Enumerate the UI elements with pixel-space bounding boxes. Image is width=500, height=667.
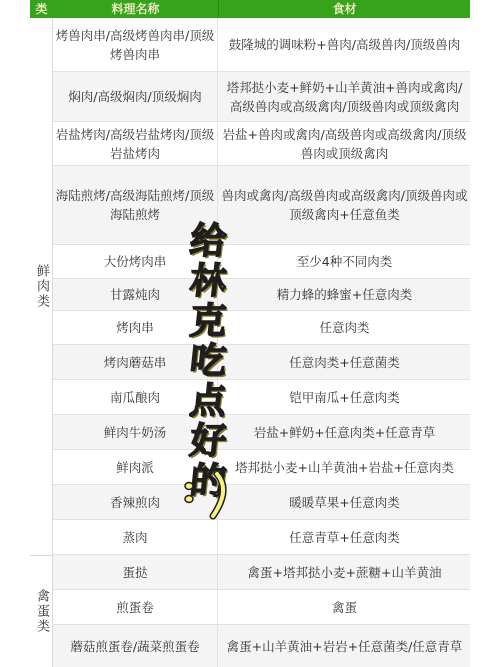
table-row: 烤肉蘑菇串 任意肉类+任意菌类: [53, 345, 470, 380]
table-row: 鲜肉牛奶汤 岩盐+鲜奶+任意肉类+任意青草: [53, 415, 470, 450]
table-row: 烤兽肉串/高级烤兽肉串/顶级烤兽肉串 鼓隆城的调味粉+兽肉/高级兽肉/顶级兽肉: [53, 18, 470, 72]
dish-ingredients: 任意肉类+任意菌类: [219, 345, 470, 379]
dish-name: 蘑菇煎蛋卷/蔬菜煎蛋卷: [53, 625, 218, 667]
table-row: 海陆煎烤/高级海陆煎烤/顶级海陆煎烤 兽肉或禽肉/高级兽肉或高级禽肉/顶级兽肉或…: [53, 166, 470, 245]
table-row: 南瓜酿肉 铠甲南瓜+任意肉类: [53, 380, 470, 415]
table-row: 岩盐烤肉/高级岩盐烤肉/顶级岩盐烤肉 岩盐+兽肉或禽肉/高级兽肉或高级禽肉/顶级…: [53, 122, 470, 166]
table-row: 煎蛋卷 禽蛋: [53, 590, 470, 625]
dish-ingredients: 任意青草+任意肉类: [219, 520, 470, 554]
dish-ingredients: 精力蜂的蜂蜜+任意肉类: [219, 279, 470, 310]
table-row: 焖肉/高级焖肉/顶级焖肉 塔邦挞小麦+鲜奶+山羊黄油+兽肉或禽肉/高级兽肉或高级…: [53, 72, 470, 122]
dish-ingredients: 塔邦挞小麦+鲜奶+山羊黄油+兽肉或禽肉/高级兽肉或高级禽肉/顶级兽肉或顶级禽肉: [219, 72, 470, 121]
dish-name: 煎蛋卷: [53, 590, 218, 624]
table-row: 香辣煎肉 暖暖草果+任意肉类: [53, 485, 470, 520]
overlay-char: 好: [188, 422, 228, 462]
dish-ingredients: 铠甲南瓜+任意肉类: [219, 380, 470, 414]
dish-name: 烤兽肉串/高级烤兽肉串/顶级烤兽肉串: [53, 18, 218, 71]
dish-ingredients: 暖暖草果+任意肉类: [219, 485, 470, 519]
dish-name: 焖肉/高级焖肉/顶级焖肉: [53, 72, 218, 121]
overlay-caption: 给 林 克 吃 点 好 的: [183, 222, 233, 512]
overlay-char: 林: [188, 262, 228, 302]
overlay-char: 给: [188, 222, 228, 262]
table-row: 蒸肉 任意青草+任意肉类: [53, 520, 470, 555]
dish-ingredients: 禽蛋+塔邦挞小麦+蔗糖+山羊黄油: [219, 555, 470, 589]
table-row: 蛋挞 禽蛋+塔邦挞小麦+蔗糖+山羊黄油: [53, 555, 470, 590]
dish-ingredients: 禽蛋: [219, 590, 470, 624]
header-dish-name: 料理名称: [53, 0, 219, 18]
table-row: 鲜肉派 塔邦挞小麦+山羊黄油+岩盐+任意肉类: [53, 450, 470, 485]
dish-ingredients: 至少4种不同肉类: [219, 245, 470, 278]
table-row: 烤肉串 任意肉类: [53, 311, 470, 345]
dish-ingredients: 禽蛋+山羊黄油+岩岩+任意菌类/任意青草: [219, 625, 470, 667]
overlay-char: 点: [188, 382, 228, 422]
dish-ingredients: 兽肉或禽肉/高级兽肉或高级禽肉/顶级兽肉或顶级禽肉+任意鱼类: [219, 166, 470, 244]
table-row: 甘露炖肉 精力蜂的蜂蜜+任意肉类: [53, 279, 470, 311]
smiley-emoticon-icon: [183, 472, 243, 522]
dish-ingredients: 鼓隆城的调味粉+兽肉/高级兽肉/顶级兽肉: [219, 18, 470, 71]
category-poultry-eggs: 禽蛋类: [30, 555, 53, 667]
dish-ingredients: 岩盐+鲜奶+任意肉类+任意青草: [219, 415, 470, 449]
overlay-char: 克: [188, 302, 228, 342]
overlay-char: 吃: [188, 342, 228, 382]
table-row: 大份烤肉串 至少4种不同肉类: [53, 245, 470, 279]
dish-name: 蒸肉: [53, 520, 218, 554]
table-row: 蘑菇煎蛋卷/蔬菜煎蛋卷 禽蛋+山羊黄油+岩岩+任意菌类/任意青草: [53, 625, 470, 667]
dish-ingredients: 任意肉类: [219, 311, 470, 344]
dish-ingredients: 岩盐+兽肉或禽肉/高级兽肉或高级禽肉/顶级兽肉或顶级禽肉: [219, 122, 470, 165]
category-fresh-meat: 鲜肉类: [30, 18, 53, 555]
dish-name: 蛋挞: [53, 555, 218, 589]
header-category: 类: [30, 0, 54, 18]
header-ingredients: 食材: [219, 0, 470, 18]
dish-name: 岩盐烤肉/高级岩盐烤肉/顶级岩盐烤肉: [53, 122, 218, 165]
dish-ingredients: 塔邦挞小麦+山羊黄油+岩盐+任意肉类: [219, 450, 470, 484]
